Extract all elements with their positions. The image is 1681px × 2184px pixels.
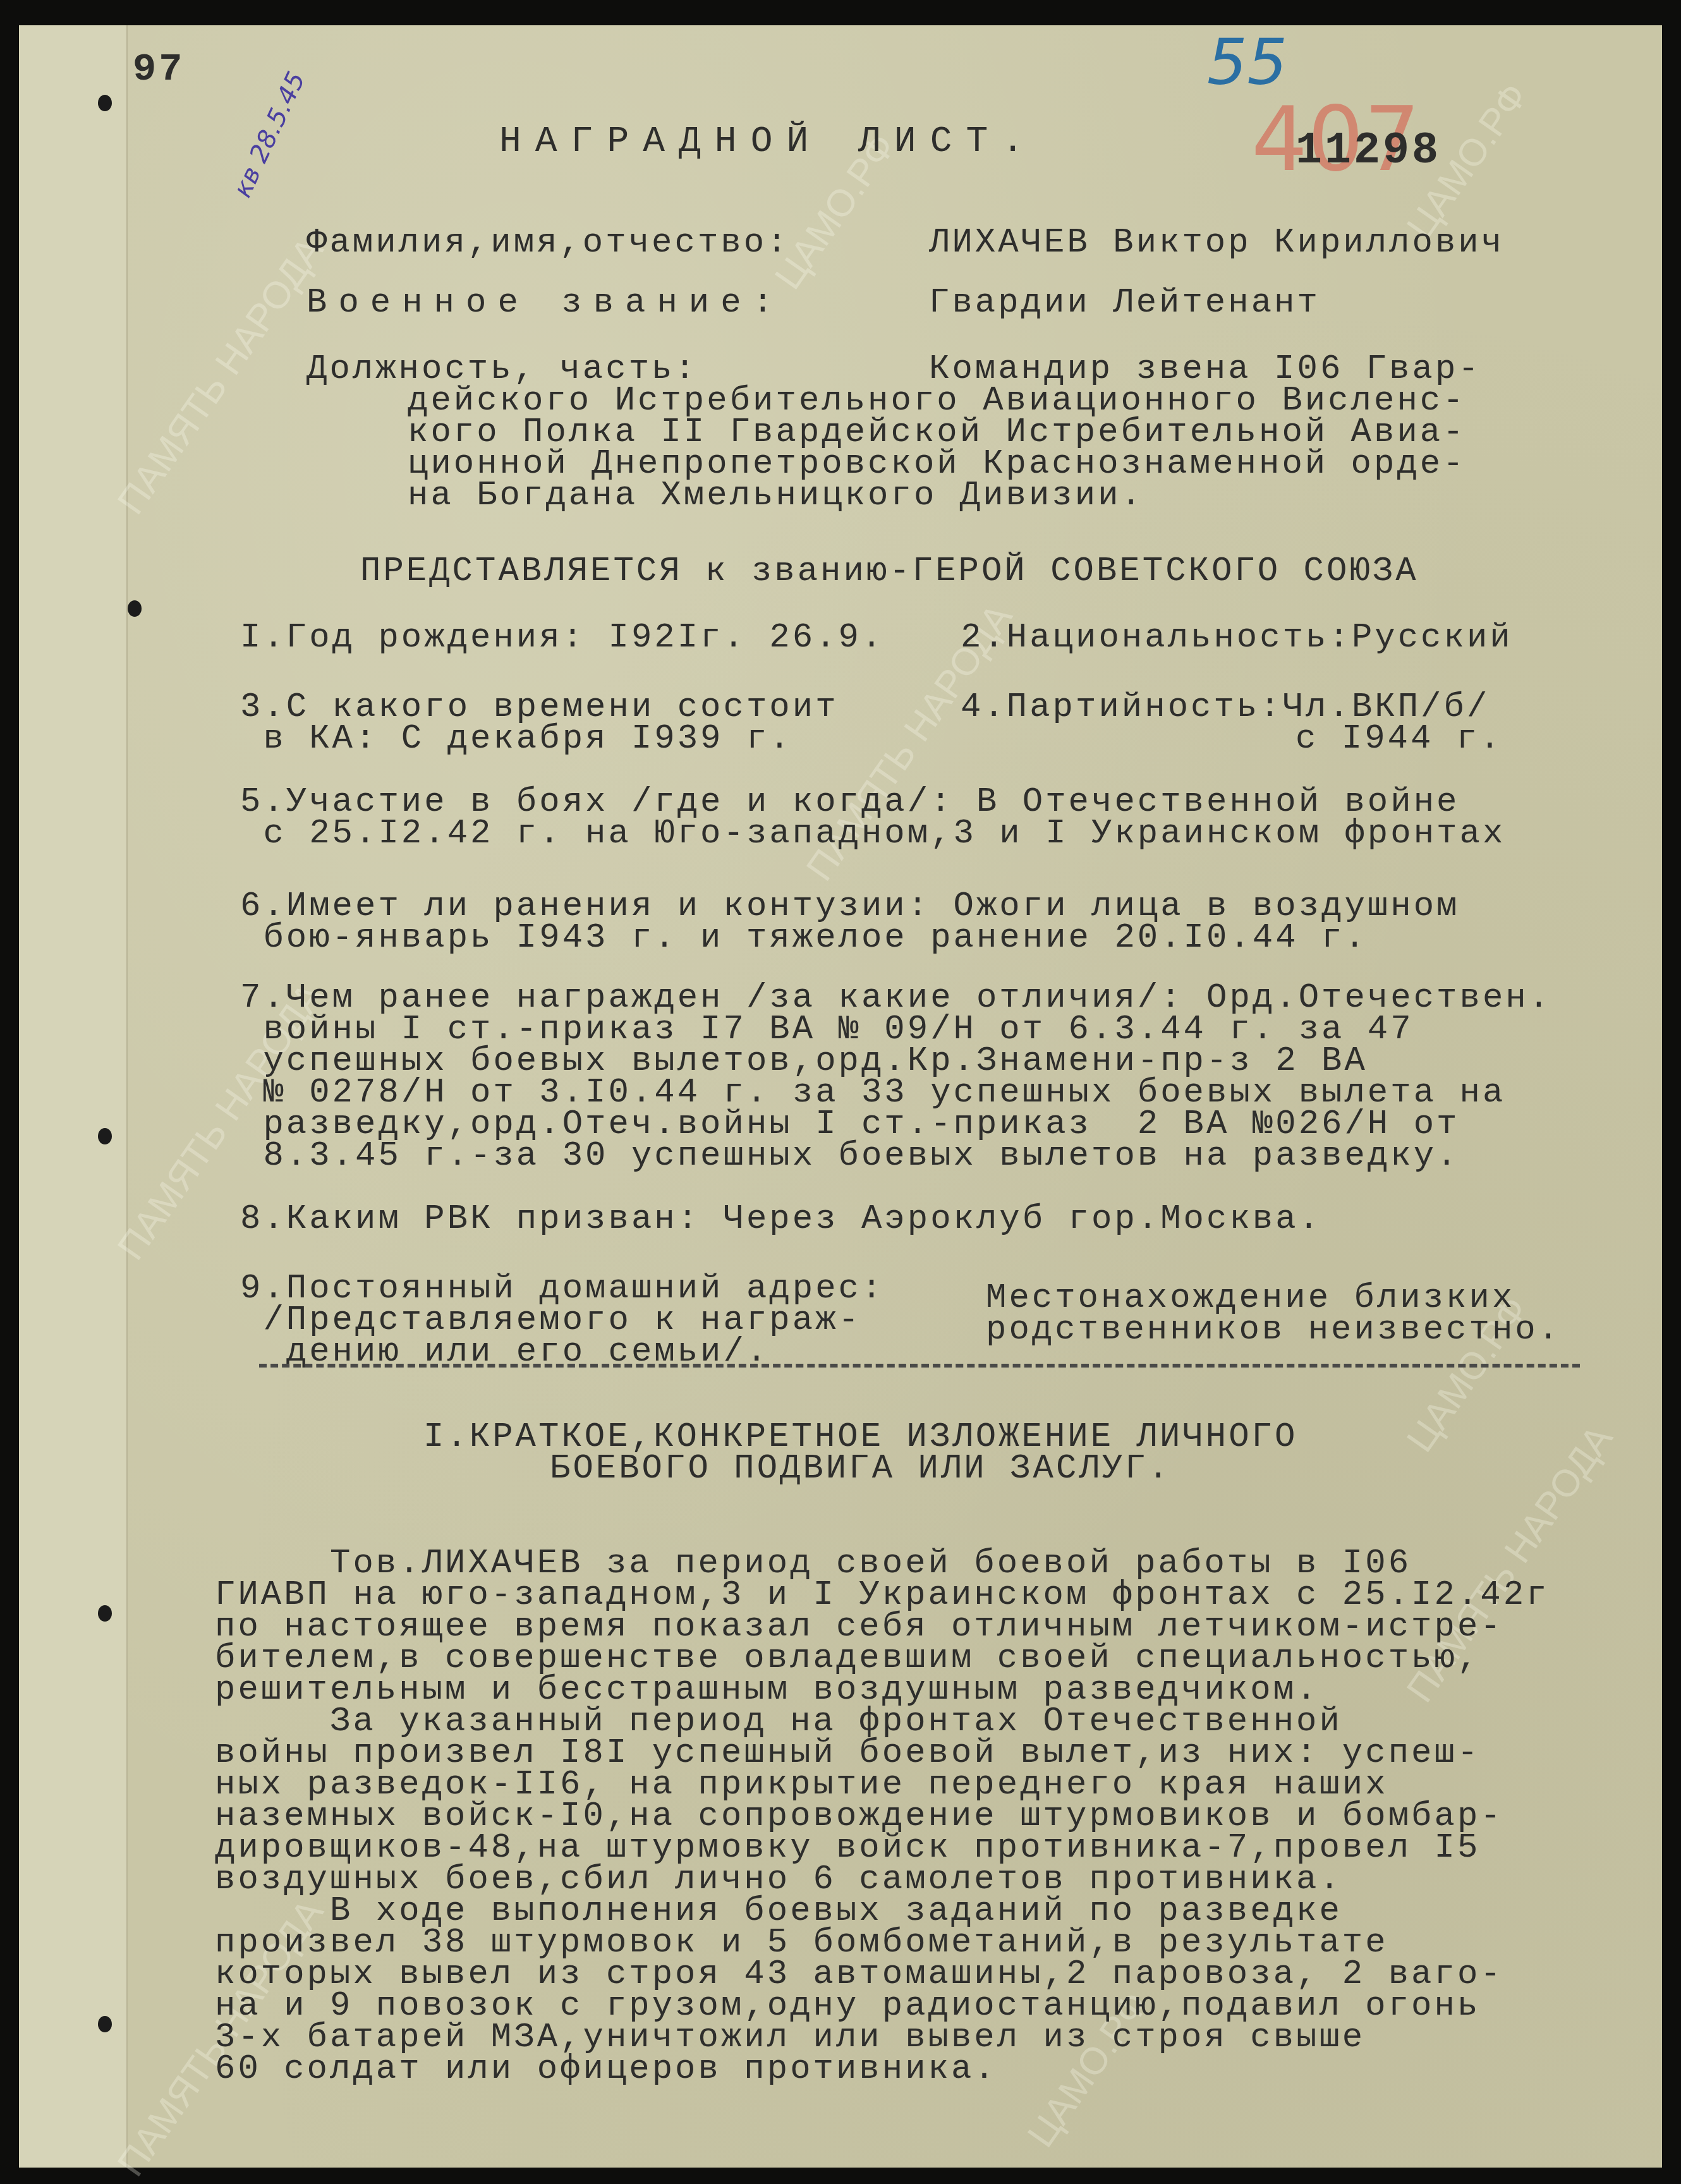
- item-awards: № 0278/Н от 3.I0.44 г. за 33 успешных бо…: [240, 1077, 1505, 1109]
- body-line: наземных войск-I0,на сопровождение штурм…: [215, 1801, 1503, 1833]
- body-line: воздушных боев,сбил лично 6 самолетов пр…: [215, 1864, 1342, 1896]
- item-service-since: 3.С какого времени состоит: [240, 692, 839, 724]
- item-wounds: бою-январь I943 г. и тяжелое ранение 20.…: [240, 923, 1368, 954]
- body-line: которых вывел из строя 43 автомашины,2 п…: [215, 1959, 1503, 1991]
- punch-hole: [98, 95, 112, 111]
- position-label: Должность, часть:: [306, 354, 698, 385]
- body-line: на и 9 повозок с грузом,одну радиостанци…: [215, 1991, 1480, 2022]
- section-heading: I.КРАТКОЕ,КОНКРЕТНОЕ ИЗЛОЖЕНИЕ ЛИЧНОГО: [423, 1422, 1297, 1453]
- body-line: В ходе выполнения боевых заданий по разв…: [215, 1896, 1342, 1927]
- body-line: ных разведок-II6, на прикрытие переднего…: [215, 1769, 1388, 1801]
- item-awards: успешных боевых вылетов,орд.Кр.Знамени-п…: [240, 1046, 1368, 1077]
- nomination-line: ПРЕДСТАВЛЯЕТСЯ к званию-ГЕРОЙ СОВЕТСКОГО…: [360, 556, 1419, 588]
- item-address-value: Местонахождение близких: [986, 1283, 1515, 1314]
- body-line: ГИАВП на юго-западном,3 и I Украинском ф…: [215, 1580, 1550, 1611]
- rank-value: Гвардии Лейтенант: [929, 288, 1320, 319]
- position-line: на Богдана Хмельницкого Дивизии.: [408, 480, 1144, 512]
- body-line: 60 солдат или офицеров противника.: [215, 2054, 997, 2085]
- separator-line: [259, 1364, 1580, 1368]
- item-combat: 5.Участие в боях /где и когда/: В Отечес…: [240, 787, 1459, 818]
- page-number: 97: [133, 54, 185, 85]
- item-address-label: 9.Постоянный домашний адрес:: [240, 1273, 884, 1305]
- position-line: дейского Истребительного Авиационного Ви…: [408, 385, 1466, 417]
- item-service-since: в КА: С декабря I939 г.: [240, 724, 792, 755]
- item-address-label: /Представляемого к награж-: [240, 1305, 861, 1337]
- document-title: НАГРАДНОЙ ЛИСТ.: [499, 126, 1038, 158]
- body-line: войны произвел I8I успешный боевой вылет…: [215, 1738, 1480, 1769]
- item-birth-year: I.Год рождения: I92Iг. 26.9.: [240, 622, 884, 654]
- item-party: 4.Партийность:Чл.ВКП/б/: [961, 692, 1490, 724]
- body-line: решительным и бесстрашным воздушным разв…: [215, 1675, 1319, 1706]
- body-line: произвел 38 штурмовок и 5 бомбометаний,в…: [215, 1927, 1388, 1959]
- stamp-number: 11298: [1296, 136, 1441, 167]
- body-line: Тов.ЛИХАЧЕВ за период своей боевой работ…: [215, 1548, 1411, 1580]
- item-wounds: 6.Имеет ли ранения и контузии: Ожоги лиц…: [240, 891, 1459, 923]
- item-awards: войны I ст.-приказ I7 ВА № 09/Н от 6.3.4…: [240, 1014, 1414, 1046]
- body-line: За указанный период на фронтах Отечестве…: [215, 1706, 1342, 1738]
- item-awards: 8.3.45 г.-за 30 успешных боевых вылетов …: [240, 1141, 1459, 1172]
- item-party: с I944 г.: [1296, 724, 1503, 755]
- item-address-value: родственников неизвестно.: [986, 1314, 1561, 1346]
- punch-hole: [128, 600, 142, 617]
- item-combat: с 25.I2.42 г. на Юго-западном,3 и I Укра…: [240, 818, 1505, 850]
- violet-annotation: кв 28.5.45: [228, 68, 312, 202]
- award-sheet-page: ПАМЯТЬ НАРОДА ЦАМО.РФ ЦАМО.РФ ПАМЯТЬ НАР…: [19, 25, 1662, 2168]
- punch-hole: [98, 1605, 112, 1622]
- fio-label: Фамилия,имя,отчество:: [306, 227, 790, 259]
- body-line: дировщиков-48,на штурмовку войск противн…: [215, 1833, 1480, 1864]
- body-line: по настоящее время показал себя отличным…: [215, 1611, 1503, 1643]
- fio-value: ЛИХАЧЕВ Виктор Кириллович: [929, 227, 1504, 259]
- item-drafted: 8.Каким РВК призван: Через Аэроклуб гор.…: [240, 1204, 1321, 1235]
- position-line: кого Полка II Гвардейской Истребительной…: [408, 417, 1466, 449]
- body-line: бителем,в совершенстве овладевшим своей …: [215, 1643, 1480, 1675]
- binding-margin: [19, 25, 128, 2168]
- item-awards: разведку,орд.Отеч.войны I ст.-приказ 2 В…: [240, 1109, 1459, 1141]
- item-awards: 7.Чем ранее награжден /за какие отличия/…: [240, 983, 1551, 1014]
- position-line: Командир звена I06 Гвар-: [929, 354, 1481, 385]
- punch-hole: [98, 1128, 112, 1144]
- rank-label: Военное звание:: [306, 288, 784, 319]
- position-line: ционной Днепропетровской Краснознаменной…: [408, 449, 1466, 480]
- watermark: ПАМЯТЬ НАРОДА: [109, 229, 332, 522]
- section-heading: БОЕВОГО ПОДВИГА ИЛИ ЗАСЛУГ.: [550, 1453, 1171, 1485]
- punch-hole: [98, 2016, 112, 2032]
- item-nationality: 2.Национальность:Русский: [961, 622, 1513, 654]
- body-line: 3-х батарей МЗА,уничтожил или вывел из с…: [215, 2022, 1365, 2054]
